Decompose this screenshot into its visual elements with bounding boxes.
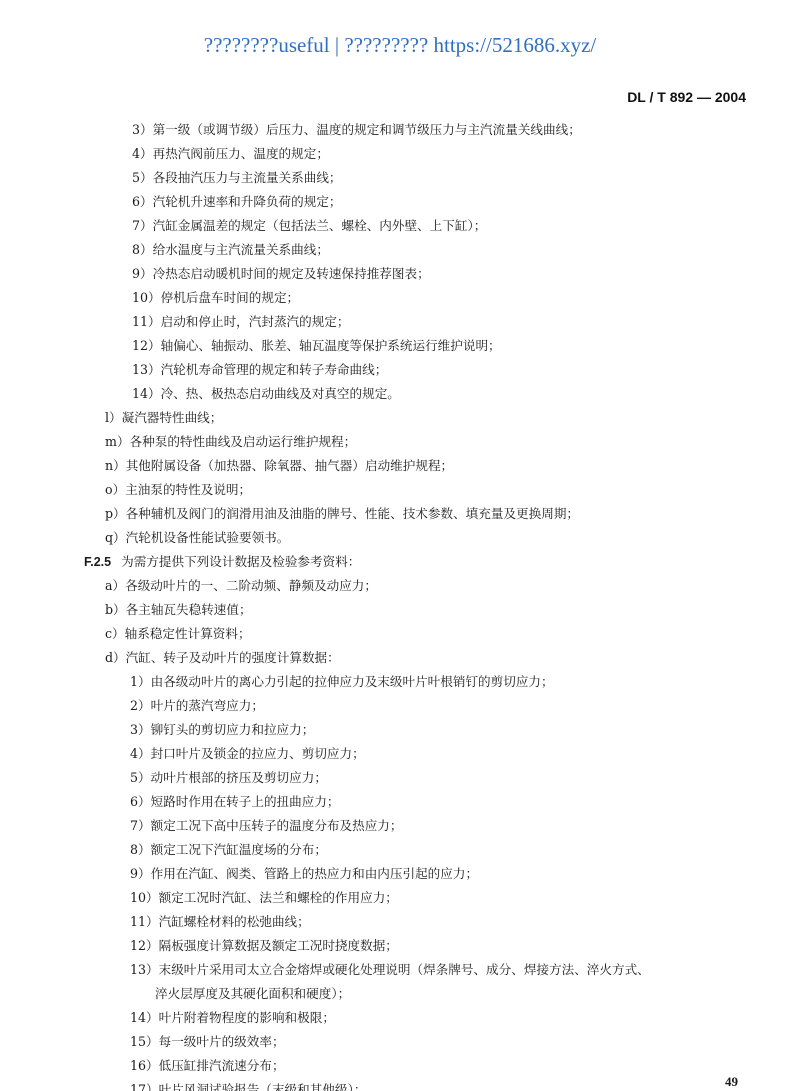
list-item: 2）叶片的蒸汽弯应力； [130,698,264,714]
list-item: 15）每一级叶片的级效率； [130,1034,285,1050]
list-item: 7）汽缸金属温差的规定（包括法兰、螺栓、内外壁、上下缸）； [132,218,486,234]
list-item: 6）短路时作用在转子上的扭曲应力； [130,794,340,810]
list-item: 4）封口叶片及锁金的拉应力、剪切应力； [130,746,365,762]
list-item: m）各种泵的特性曲线及启动运行维护规程； [105,434,356,450]
standard-code: DL / T 892 — 2004 [627,89,746,105]
list-item: d）汽缸、转子及动叶片的强度计算数据： [105,650,340,666]
list-item: o）主油泵的特性及说明； [105,482,251,498]
list-item: 17）叶片风洞试验报告（末级和其他级）； [130,1082,366,1091]
list-item: 1）由各级动叶片的离心力引起的拉伸应力及末级叶片叶根销钉的剪切应力； [130,674,554,690]
list-item: 9）作用在汽缸、阀类、管路上的热应力和由内压引起的应力； [130,866,478,882]
list-item: 4）再热汽阀前压力、温度的规定； [132,146,329,162]
list-item: 12）隔板强度计算数据及额定工况时挠度数据； [130,938,398,954]
section-title: 为需方提供下列设计数据及检验参考资料： [121,554,360,569]
list-item: 5）动叶片根部的挤压及剪切应力； [130,770,327,786]
list-item: a）各级动叶片的一、二阶动频、静频及动应力； [105,578,377,594]
section-heading: F.2.5为需方提供下列设计数据及检验参考资料： [84,554,360,570]
list-item-continuation: 淬火层厚度及其硬化面积和硬度）； [155,986,350,1002]
list-item: 7）额定工况下高中压转子的温度分布及热应力； [130,818,402,834]
list-item: b）各主轴瓦失稳转速值； [105,602,252,618]
watermark-link[interactable]: ????????useful | ????????? https://52168… [0,33,800,58]
list-item: 3）铆钉头的剪切应力和拉应力； [130,722,314,738]
list-item: 14）叶片附着物程度的影响和极限； [130,1010,335,1026]
list-item: n）其他附属设备（加热器、除氧器、抽气器）启动维护规程； [105,458,453,474]
list-item: p）各种辅机及阀门的润滑用油及油脂的牌号、性能、技术参数、填充量及更换周期； [105,506,579,522]
list-item: c）轴系稳定性计算资料； [105,626,251,642]
list-item: 14）冷、热、极热态启动曲线及对真空的规定。 [132,386,400,402]
list-item: 10）停机后盘车时间的规定； [132,290,299,306]
list-item: 12）轴偏心、轴振动、胀差、轴瓦温度等保护系统运行维护说明； [132,338,501,354]
list-item: l）凝汽器特性曲线； [105,410,222,426]
list-item: 13）汽轮机寿命管理的规定和转子寿命曲线； [132,362,387,378]
list-item: 11）启动和停止时，汽封蒸汽的规定； [132,314,350,330]
list-item: 6）汽轮机升速率和升降负荷的规定； [132,194,342,210]
list-item: 3）第一级（或调节级）后压力、温度的规定和调节级压力与主汽流量关线曲线； [132,122,581,138]
list-item: 9）冷热态启动暖机时间的规定及转速保持推荐图表； [132,266,430,282]
list-item: 11）汽缸螺栓材料的松弛曲线； [130,914,310,930]
list-item: 13）末级叶片采用司太立合金熔焊或硬化处理说明（焊条牌号、成分、焊接方法、淬火方… [130,962,650,978]
page-number: 49 [725,1074,738,1090]
list-item: 8）额定工况下汽缸温度场的分布； [130,842,327,858]
list-item: 10）额定工况时汽缸、法兰和螺栓的作用应力； [130,890,398,906]
list-item: 5）各段抽汽压力与主流量关系曲线； [132,170,342,186]
section-number: F.2.5 [84,555,111,569]
list-item: 16）低压缸排汽流速分布； [130,1058,285,1074]
list-item: q）汽轮机设备性能试验要领书。 [105,530,289,546]
list-item: 8）给水温度与主汽流量关系曲线； [132,242,329,258]
